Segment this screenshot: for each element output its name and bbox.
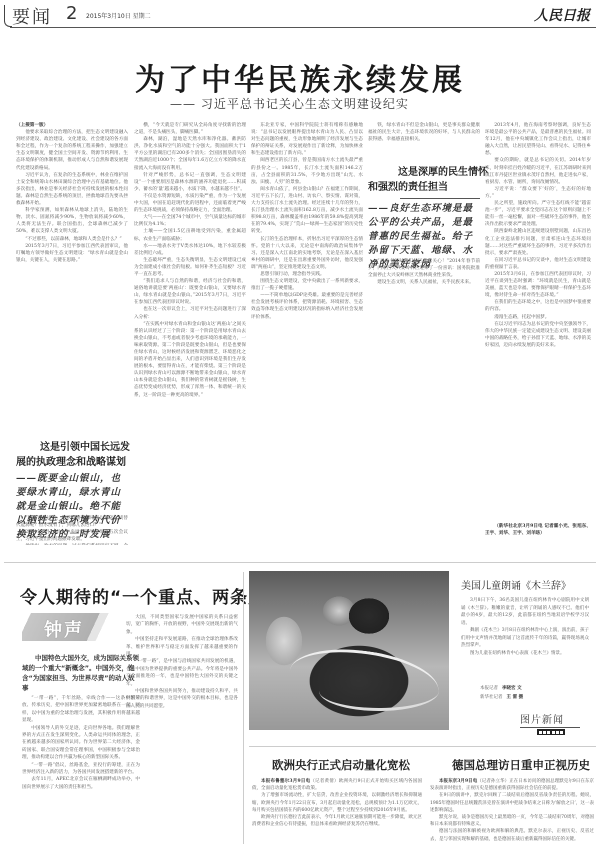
paragraph: 3月8日下午，36名美国儿童在纽约林肯中心剧院用中文朗诵《木兰辞》。稚嫩的童音，… (461, 597, 589, 627)
picture-news-label: 图片新闻 (520, 711, 564, 726)
lead-subheadline: —— 习近平总书记关心生态文明建设纪实 (170, 95, 409, 112)
picture-news-rule (520, 727, 580, 728)
paragraph: 为了增强市场流动性，扩大信贷，改善企业投资环境，以刺激经济增长和抑制通缩，欧洲央… (252, 792, 422, 814)
lead-column-1: （上接第一版） 他要求采取综合治理的方法，把生态文明建设融入到经济建设、政治建设… (16, 122, 128, 392)
paragraph: 去年11月，APEC北京会议在雁栖湖畔成功举办，中国向世界展示了大国的责任和担当… (22, 776, 140, 791)
paragraph: 也在这一次审议会上，习近平对生态问题进行了深入分析： (134, 306, 246, 320)
paragraph: 在我们的生态环境之中，这也是中国梦中很重要的内容。 (485, 299, 591, 313)
paragraph: 建设生态文明，关系人民福祉，关乎民族未来。 (368, 279, 480, 286)
news-dateline: 本报东京3月9日电 (439, 779, 477, 784)
section-name: 要闻 (12, 3, 52, 29)
commentary-lede: 中国特色大国外交，成为国际关系领域的一个重大“新概念”。中国外交，饱含“为国家担… (22, 653, 140, 693)
paragraph: 不仅是水资源短缺，水质污染严重，作为一个发展中大国，中国在追赶现代化的进程中，还… (134, 193, 246, 214)
paragraph: 他指出，治水的问题，过去我们系统研究不够，今天就是专门研究从全局角度寻找新的治理… (16, 543, 128, 545)
paragraph: 在9日的演讲中，默克尔回顾了二战结束后德国反省战争责任的历程。她说，1985年德… (430, 792, 594, 814)
photo-caption: 3月8日下午，36名美国儿童在纽约林肯中心剧院用中文朗诵《木兰辞》。稚嫩的童音，… (461, 597, 589, 657)
paragraph: 东北亚专家，中国科学院院士蒋有绪称有感触地说：“总书记以发展眼界提出绿水青山为人… (251, 122, 363, 157)
credit-name: 李晓宏 文 (502, 686, 522, 691)
paragraph: “一带一路”，千年丝路，牵线合作——这条中国开放、传承历史，把中国和世界更加紧密… (22, 695, 140, 725)
paragraph: 中国坚持走和平发展道路，在推动全球治理体系改革、维护世界和平与稳定方面发挥了越来… (126, 636, 238, 658)
paragraph: “一带一路”，是中国与沿线国家共同发展的机遇，也是中国为世界提供的重要公共产品。… (126, 658, 238, 688)
box-right-title-1: 这是深厚的民生情怀 (398, 166, 488, 180)
continued-label: （上接第一版） (16, 122, 128, 129)
paragraph: 生态破坏严重，生态失衡明显，生态文明建设已成为全面建成小康社会的短板。如何补齐生… (134, 257, 246, 278)
news-dateline: 本报布鲁塞尔3月9日电 (261, 779, 310, 784)
paragraph: 横，“今天就是专门研究从全局角度寻找新的治理之道，不是头痛医头，脚痛医脚。” (134, 122, 246, 136)
section-bracket (4, 5, 12, 27)
paragraph: 针对严峻形势，总书记一直强调，生态文明建设“一个重要原因是森林水源的涵养功能退化… (134, 172, 246, 193)
paragraph: 大国，不同类型国家与发展中国家的关系日益密切，宽广的胸怀，开放的视野，中国外交展… (126, 614, 238, 636)
paragraph: 2014年3月14日，中央财经领导小组第五次会议上，习近平提出的问题振聋发聩。 (16, 529, 128, 543)
column-name: 钟声 (44, 616, 84, 642)
commentary-column-2: 大国，不同类型国家与发展中国家的关系日益密切，宽广的胸怀，开放的视野，中国外交展… (126, 614, 238, 845)
paragraph: 科学家预测，如果森林从地球上消失，陆地的生物、淡水、固氮将减少90%，生物放氧将… (16, 207, 128, 235)
box-right-body: “习总书记对我们林区非常关心！”2014年春节前夕，内蒙古大兴安岭林区迎来了一份… (368, 258, 480, 545)
paragraph: 围绕生态文明建设，党中央做出了一系列新要求，推出了一揽子硬措施。 (251, 278, 363, 292)
news-photo (249, 571, 449, 730)
photo-ribbon (319, 671, 439, 711)
news-headline: 欧洲央行正式启动量化宽松 (272, 757, 410, 773)
commentary-column-1: “一带一路”，千年丝路，牵线合作——这条中国开放、传承历史，把中国和世界更加紧密… (22, 695, 140, 845)
paragraph: 中国和世界各国共同努力，推动建设持久和平、共同繁荣的和谐世界，这是中国外交的根本… (126, 688, 238, 710)
paragraph: 土壤——全国1.5亿亩耕地受到污染，重金属超标，农业生产面临威胁； (134, 228, 246, 242)
paragraph: 中国领导人的外交足迹，走向世界各地。我们理解世界的方式正在发生深刻变化。人类命运… (22, 725, 140, 762)
paragraph: 欧洲央行行长德拉吉此前表示，今年1月欧元区通胀预期可能进一步降低，欧元区消费者和… (252, 814, 422, 828)
byline-text: （新华社北京3月9日电 记者霍小光、张旭东、王宇、刘华、王宇、刘羊旸） (485, 523, 591, 537)
newspaper-logo: 人民日报 (534, 5, 590, 25)
paragraph: “不过那些，以前森林，地球和人类会是什么？” (16, 236, 128, 243)
paragraph: 他要求采取综合治理的方法，把生态文明建设融入到经济建设、政治建设、文化建设、社会… (16, 129, 128, 172)
page-number: 2 (66, 3, 77, 24)
masthead-rule (10, 27, 596, 28)
box-left-title-2: 展的执政理念和战略谋划 (16, 456, 126, 470)
paragraph: 漫漫生态路，托起中国梦。 (485, 314, 591, 321)
paragraph: 闽西老区的长汀县，曾是我国南方水土流失最严重的县份之一。1985年，长汀水土流失… (251, 157, 363, 185)
paragraph: 森林，湖泊，湿地是天然水库和净化器。蓄洪防洪、净化水质和空气的功能十分强大。我国… (134, 136, 246, 171)
news-body: 本报东京3月9日电（记者孙立华）正在日本访问的德国总理默克尔9日在东京发表演讲时… (430, 778, 594, 846)
news-body: 本报布鲁塞尔3月9日电（记者黄倩）欧洲央行9日正式开始购买区域内各国国债，全面启… (252, 778, 422, 846)
section-divider (4, 562, 596, 563)
lead-byline: （新华社北京3月9日电 记者霍小光、张旭东、王宇、刘华、王宇、刘羊旸） (485, 523, 591, 543)
photo-credit-photo: 新华社记者王 雷 摄 (480, 694, 523, 700)
film-strip-icon (537, 729, 565, 735)
credit-name: 王 雷 摄 (507, 695, 524, 700)
paragraph: 陕西秦岭北麓山区违规建设别墅问题，山东昌邑化工企业违法排污问题，甘肃祁连山生态环… (485, 228, 591, 256)
lead-headline: 为了中华民族永续发展 (0, 55, 600, 99)
paragraph: 习近平说：“群众要下‘好的’，生态好的好地方。” (485, 186, 591, 200)
lead-column-2: 横，“今天就是专门研究从全局角度寻找新的治理之道，不是头痛医头，脚痛医脚。” 森… (134, 122, 246, 545)
issue-date: 2015年3月10日 星期二 (86, 11, 151, 20)
lead-column-5: 2013年4月，他在海南考察时强调，良好生态环境是最公平的公共产品，是最普惠的民… (485, 122, 591, 522)
paragraph: ——不简单地以GDP论英雄。最重要的是完善经济社会发展考核评价体系，把资源消耗、… (251, 292, 363, 320)
paragraph: 舞剧《花木兰》3月8日在纽约林肯中心上演，演出前，孩子们用中文声情并茂地朗诵了这… (461, 627, 589, 650)
paragraph: 长汀的生态治理样本，折射出习近平深厚的生态情怀。党的十八大以来，无论是中南海的政… (251, 236, 363, 271)
box-left-title-1: 这是引领中国长远发 (40, 441, 130, 455)
paragraph: 民之所望，施政所向。严守生态红线不能“越雷池一步”，习近平要求全党同志在这个原则… (485, 200, 591, 228)
lead-column-3: 东北亚专家，中国科学院院士蒋有绪称有感触地说：“总书记以发展眼界提出绿水青山为人… (251, 122, 363, 545)
paragraph: 默克尔说，战争是德国历史上最黑暗的一页，今年是二战结束70周年，对德国和日本来说… (430, 814, 594, 828)
photo-credit-text: 本报记者李晓宏 文 (480, 685, 522, 691)
page-masthead: 要闻 2 2015年3月10日 星期二 人民日报 (0, 0, 600, 30)
paragraph: 2015年3月7日，习近平参加江西代表团审议，他叮嘱地方领导做好生态文明建设：“… (16, 243, 128, 264)
credit-role: 本报记者 (480, 686, 498, 691)
paragraph: 大气——在全国74个城市中，空气质量达标的城市比例仅为4.1%； (134, 214, 246, 228)
paragraph: “一带一路”倡议，丝路基金，亚投行的筹建，正在为世界经济注入新的活力，为各国共同… (22, 762, 140, 777)
paragraph: 在以习近平同志为总书记的党中央坚强领导下，伟大的中华民族一定能完成建设生态文明、… (485, 321, 591, 349)
column-logo: 钟声 (22, 613, 120, 641)
photo-title: 美国儿童朗诵《木兰辞》 (461, 577, 571, 592)
paragraph: “我们追求人与自然的和谐，经济与社会的和谐，通俗地讲就是要‘两座山’：既要金山银… (134, 278, 246, 306)
paragraph: 铁，绿水青山不但是金山银山，更是事关群众健康福祉的民生大计，生态环境状况的好坏，… (368, 122, 480, 143)
column-divider (243, 572, 244, 844)
paragraph: “在实践中对绿水青山和金山银山这‘两座山’之间关系的认识经过了三个阶段：第一个阶… (134, 321, 246, 399)
news-headline: 德国总理访日重申正视历史 (452, 757, 590, 773)
paragraph: 2015年3月6日，在参加江西代表团审议时，习近平在谈到生态时强调：“环境就是民… (485, 271, 591, 299)
paragraph: “习总书记对我们林区非常关心！”2014年春节前夕，内蒙古大兴安岭林区迎来了一份… (368, 258, 480, 279)
box-left-body: “拆东可以进口，世界石油资源用光以后怎么找替代能源呢？但水没有了，到哪儿去进口？… (16, 515, 128, 545)
paragraph: 习近平认为，在复杂的生态系统中，林业在维护国土安全和统筹山水林田湖综合治理中占有… (16, 172, 128, 207)
paragraph: 水——地表水劣于Ⅴ类水体达10%，地下水较差极差比例近六成。 (134, 243, 246, 257)
box-right-rule (400, 198, 480, 199)
paragraph: 2013年4月，他在海南考察时强调，良好生态环境是最公平的公共产品，是最普惠的民… (485, 122, 591, 157)
paragraph: 德国与法国的和解被视为欧洲和解的典范。默克尔表示，正视历史、反省过去，是与邻国实… (430, 828, 594, 842)
paragraph: 要众的期盼，就是总书记的关切。2014年岁末，时刻牵挂百姓冷暖的习近平，在江苏调… (485, 157, 591, 185)
box-right-title-2: 和强烈的责任担当 (368, 181, 448, 195)
paragraph: 思想引领行动，理念指导实践。 (251, 271, 363, 278)
lead-column-4-top: 铁，绿水青山不但是金山银山，更是事关群众健康福祉的民生大计，生态环境状况的好坏，… (368, 122, 480, 160)
paragraph: 闽水青山依了，何县金山银山？在福建工作期间，习近平五下长汀，进山村、访农户、察实… (251, 186, 363, 236)
paragraph: “拆东可以进口，世界石油资源用光以后怎么找替代能源呢？但水没有了，到哪儿去进口？… (16, 515, 128, 529)
paragraph: 在同习近平总书记的交谈中，他对生态文明建设的重视溢于言表。 (485, 257, 591, 271)
credit-role: 新华社记者 (480, 695, 503, 700)
news-divider (249, 746, 596, 747)
paragraph: 图为儿童在纽约林肯中心表演《花木兰》情景。 (461, 650, 589, 658)
